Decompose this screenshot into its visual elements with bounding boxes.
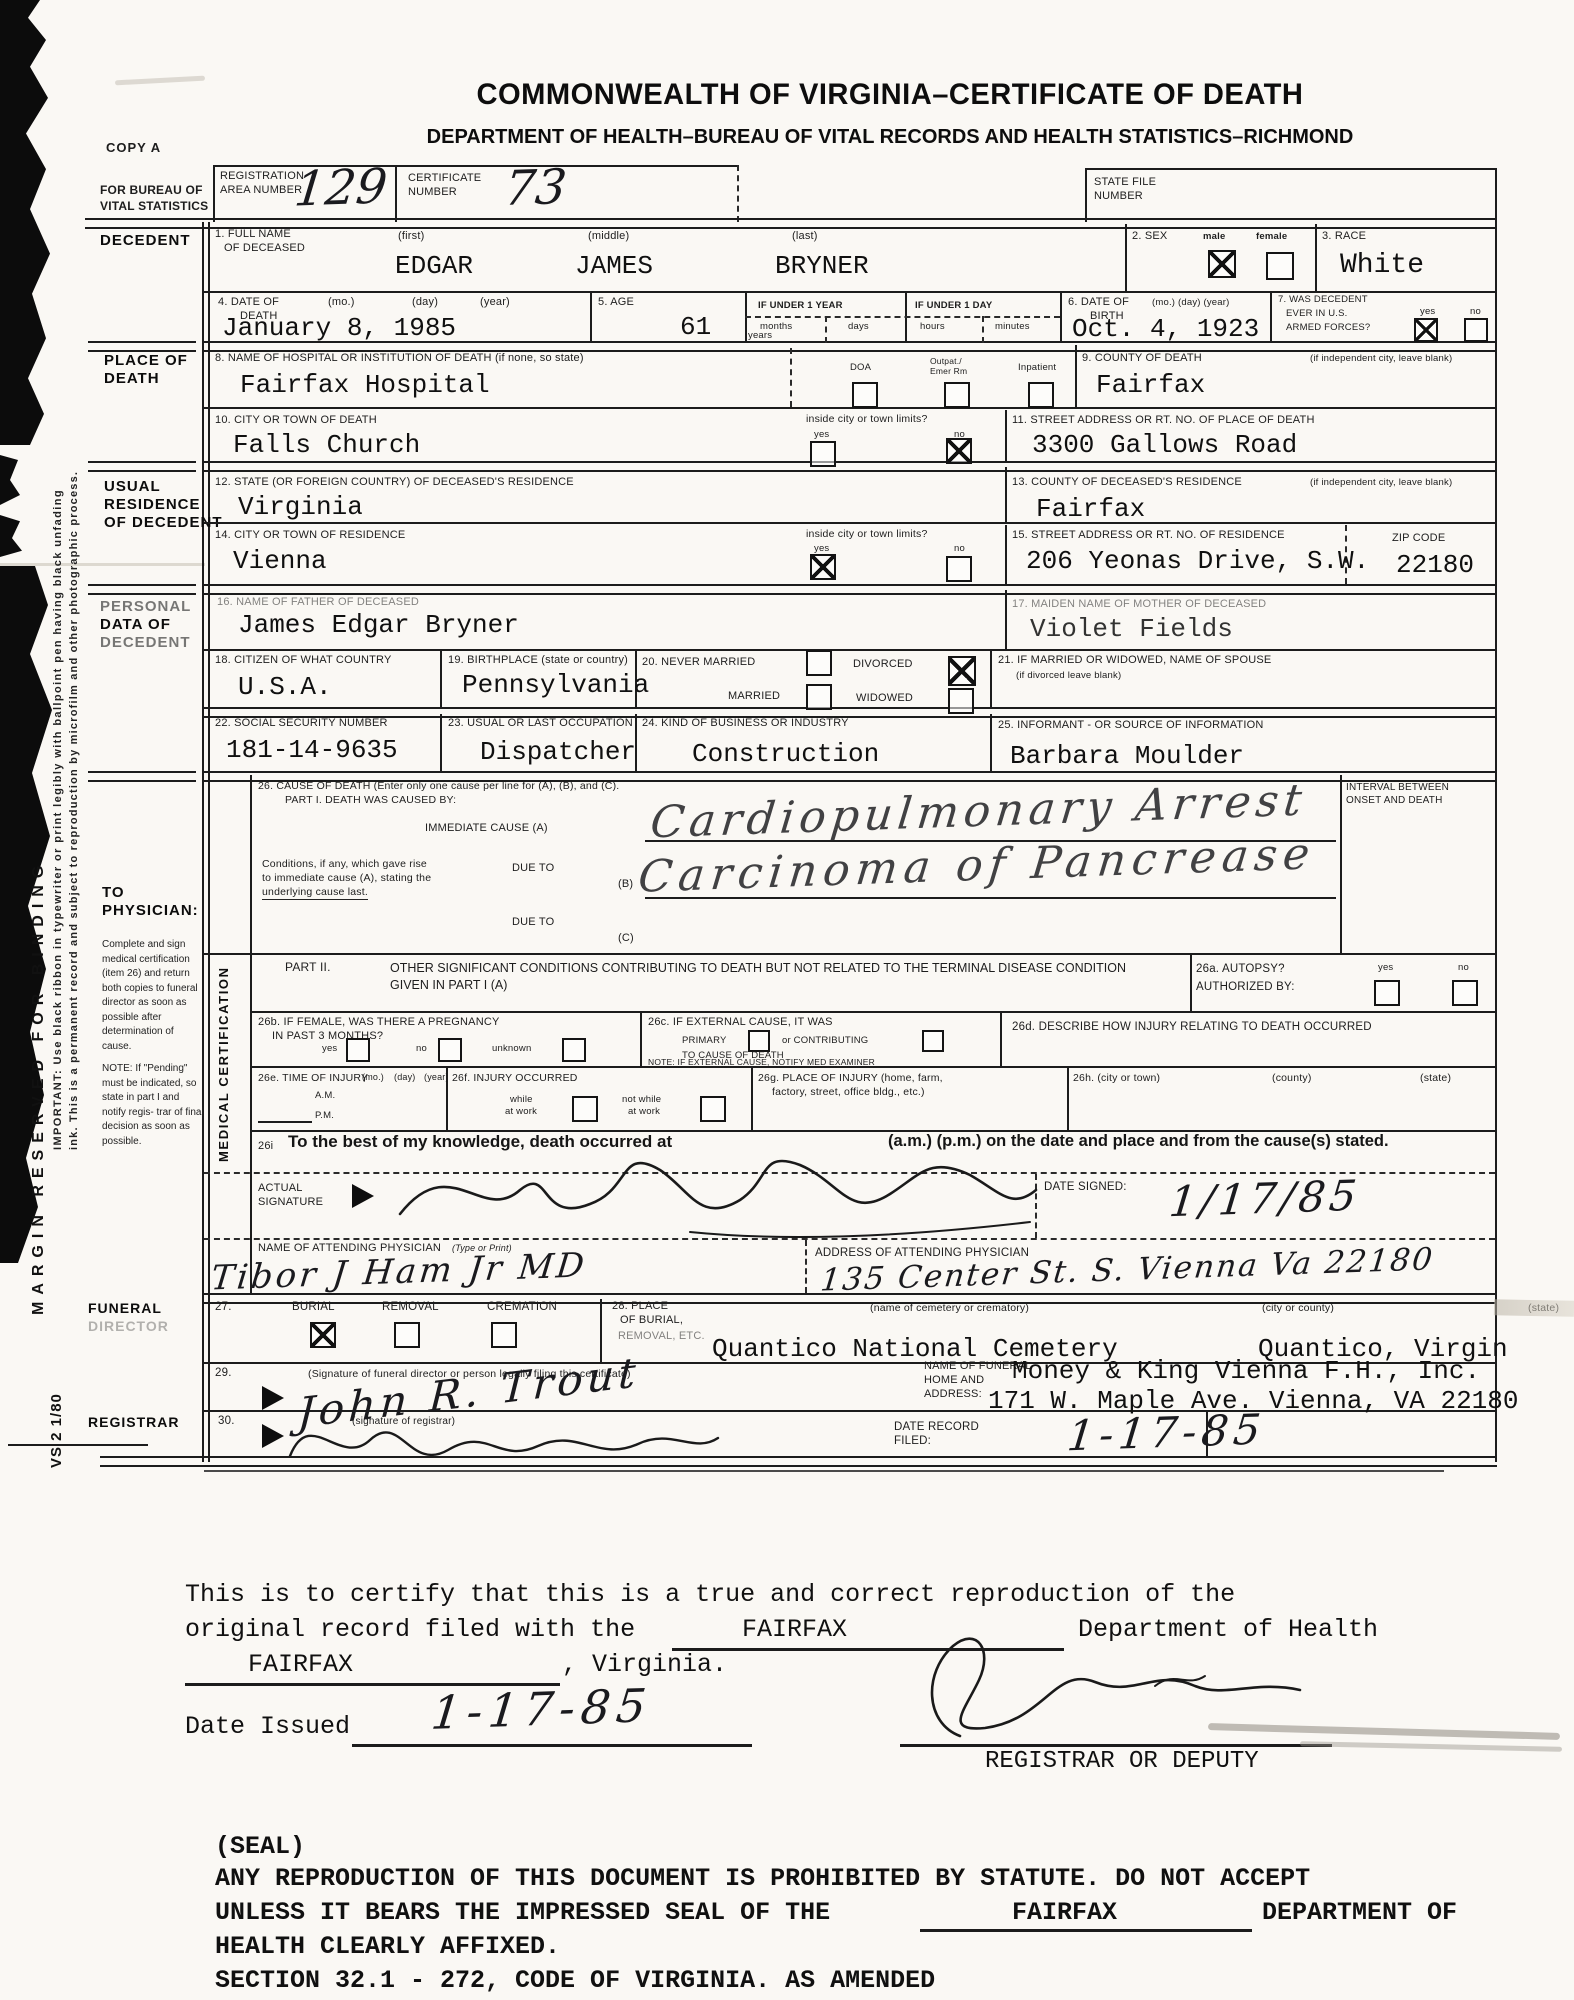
v-26a [1190, 955, 1192, 1011]
physician-signature-scrawl [390, 1132, 1040, 1238]
field6-label: 6. DATE OF [1068, 296, 1129, 310]
field7-label-2: EVER IN U.S. [1286, 308, 1348, 320]
field21-hint: (if divorced leave blank) [1016, 670, 1121, 682]
scan-smudge-top [115, 76, 205, 86]
field15-zip-label: ZIP CODE [1392, 532, 1445, 546]
field27-removal-label: REMOVAL [382, 1300, 439, 1314]
section-funeral-2: DIRECTOR [88, 1318, 169, 1335]
field26g-label-1: 26g. PLACE OF INJURY (home, farm, [758, 1072, 943, 1085]
v-r8-a [440, 651, 442, 709]
reg-box-left-line [213, 165, 215, 222]
margin-binding-note: MARGIN RESERVED FOR BINDING [30, 859, 48, 1315]
field5-minutes-label: minutes [995, 321, 1030, 333]
field8-inpatient-label: Inpatient [1018, 362, 1056, 374]
field10-no-checkbox [946, 438, 972, 464]
field26a-yes-checkbox [1374, 980, 1400, 1006]
field26-part1: PART I. DEATH WAS CAUSED BY: [285, 794, 456, 807]
field26c-label: 26c. IF EXTERNAL CAUSE, IT WAS [648, 1016, 833, 1030]
field19-value: Pennsylvania [462, 670, 649, 700]
frame-right [1495, 168, 1497, 1462]
field9-label: 9. COUNTY OF DEATH [1082, 352, 1202, 366]
field3-value: White [1340, 250, 1424, 281]
v-r5 [1005, 467, 1007, 522]
field26h-state-label: (state) [1420, 1072, 1451, 1085]
field26b-yes-label: yes [322, 1043, 337, 1055]
scan-streak-right [1494, 1299, 1574, 1316]
field23-value: Dispatcher [480, 737, 636, 767]
field26b-unknown-checkbox [562, 1038, 586, 1062]
field1-label2: OF DECEASED [224, 242, 305, 256]
field7-no-checkbox [1464, 318, 1488, 342]
v-r4 [1005, 410, 1007, 461]
field1-middle-hint: (middle) [588, 230, 629, 244]
field26g-label-2: factory, street, office bldg., etc.) [772, 1086, 925, 1099]
v-r8-c [990, 651, 992, 709]
field20-married-checkbox [806, 684, 832, 710]
field24-value: Construction [692, 739, 879, 769]
deputy-signature-underline [900, 1744, 1332, 1747]
field17-label: 17. MAIDEN NAME OF MOTHER OF DECEASED [1012, 598, 1266, 612]
field28-label-3: REMOVAL, ETC. [618, 1330, 705, 1344]
field7-label-3: ARMED FORCES? [1286, 322, 1370, 334]
field26-interval-2: ONSET AND DEATH [1346, 795, 1443, 808]
field8-label: 8. NAME OF HOSPITAL OR INSTITUTION OF DE… [215, 352, 584, 366]
field22-label: 22. SOCIAL SECURITY NUMBER [215, 717, 388, 731]
field5-under1day-label: IF UNDER 1 DAY [915, 300, 992, 312]
field10-yes-label: yes [814, 429, 829, 441]
physician-note-2: NOTE: If "Pending" must be indicated, so… [102, 1062, 204, 1149]
field26b-yes-checkbox [346, 1038, 370, 1062]
field18-label: 18. CITIZEN OF WHAT COUNTRY [215, 654, 392, 668]
rule-r10 [204, 953, 1495, 955]
field10-value: Falls Church [233, 430, 420, 460]
registrar-or-deputy-label: REGISTRAR OR DEPUTY [985, 1748, 1259, 1775]
field16-label: 16. NAME OF FATHER OF DECEASED [217, 596, 419, 610]
funeral-home-label-2: HOME AND [924, 1374, 984, 1388]
section-to-physician-1: TO [102, 884, 125, 902]
certify-line-3-fill: FAIRFAX [248, 1650, 353, 1679]
registration-area-value: 129 [292, 158, 390, 217]
rule-r6 [204, 584, 1495, 595]
field13-hint: (if independent city, leave blank) [1310, 477, 1452, 489]
certify-line-3b: , Virginia. [562, 1650, 727, 1679]
field30-number: 30. [218, 1414, 235, 1428]
scan-smudge-bottom-2 [1300, 1741, 1562, 1751]
physician-note: Complete and sign medical certification … [102, 938, 202, 1054]
date-record-filed-label-1: DATE RECORD [894, 1420, 979, 1434]
field26f-notwhile-2: at work [628, 1106, 660, 1118]
field27-cremation-checkbox [491, 1322, 517, 1348]
v-r7 [1005, 590, 1007, 649]
field26b-no-checkbox [438, 1038, 462, 1062]
field7-no-label: no [1470, 306, 1481, 318]
field26e-day-hint: (day) [394, 1072, 416, 1083]
field5-under1yr-label: IF UNDER 1 YEAR [758, 300, 843, 312]
leftcol-rule-1 [88, 341, 196, 352]
certificate-number-label-2: NUMBER [408, 186, 457, 200]
field9-hint: (if independent city, leave blank) [1310, 353, 1452, 365]
v-r3-dash [790, 348, 792, 407]
date-issued-underline [352, 1744, 752, 1747]
v-r9-a [440, 714, 442, 771]
field6-value: Oct. 4, 1923 [1072, 314, 1259, 344]
rule-r11 [250, 1011, 1495, 1013]
v-26b [640, 1013, 642, 1066]
v-sex-race [1315, 224, 1317, 291]
field26b-label-1: 26b. IF FEMALE, WAS THERE A PREGNANCY [258, 1016, 500, 1030]
field9-value: Fairfax [1096, 370, 1205, 400]
field26b-unknown-label: unknown [492, 1043, 531, 1055]
fold-crease [0, 563, 205, 566]
field26b-no-label: no [416, 1043, 427, 1055]
field5-label: 5. AGE [598, 296, 634, 310]
field15-zip-value: 22180 [1396, 550, 1474, 580]
field26h-county-label: (county) [1272, 1072, 1312, 1085]
field12-label: 12. STATE (OR FOREIGN COUNTRY) OF DECEAS… [215, 476, 574, 490]
field10-limits-label: inside city or town limits? [806, 413, 928, 426]
margin-important-note-line2: ink. This is a permanent record and subj… [68, 471, 80, 1150]
field26f-while-2: at work [505, 1106, 537, 1118]
field26-part2-text: OTHER SIGNIFICANT CONDITIONS CONTRIBUTIN… [390, 960, 1160, 994]
date-signed-label: DATE SIGNED: [1044, 1180, 1127, 1194]
field29-arrow-icon [262, 1386, 284, 1410]
field26c-contrib-checkbox [922, 1030, 944, 1052]
leftcol-rule-4 [88, 771, 196, 782]
death-certificate-scan: MARGIN RESERVED FOR BINDING IMPORTANT: U… [0, 0, 1574, 2000]
field4-mo-hint: (mo.) [328, 296, 355, 310]
field26-b-label: (B) [618, 878, 633, 892]
leftcol-rule-5 [8, 1444, 148, 1446]
bureau-label-1: FOR BUREAU OF [100, 183, 203, 198]
field14-no-checkbox [946, 556, 972, 582]
state-file-label-2: NUMBER [1094, 190, 1143, 204]
registration-area-label-2: AREA NUMBER [220, 184, 302, 198]
v-26f [751, 1068, 753, 1130]
field8-value: Fairfax Hospital [240, 370, 490, 400]
field15-value: 206 Yeonas Drive, S.W. [1026, 546, 1369, 576]
certify-line-2a: original record filed with the [185, 1615, 635, 1644]
field5-days-label: days [848, 321, 869, 333]
medical-certification-section-label: MEDICAL CERTIFICATION [216, 966, 231, 1162]
v-r2-e-dash [982, 316, 984, 343]
field8-outpat-label-2: Emer Rm [930, 366, 967, 377]
section-usual-1: USUAL [104, 478, 161, 496]
field27-number: 27. [215, 1300, 232, 1314]
v-r2-f [1060, 293, 1062, 343]
rule-top [85, 218, 1497, 229]
field17-value: Violet Fields [1030, 614, 1233, 644]
field29-number: 29. [215, 1366, 232, 1380]
legal-line-2a: UNLESS IT BEARS THE IMPRESSED SEAL OF TH… [215, 1898, 830, 1927]
v-physician-dash [805, 1240, 807, 1293]
rule-r15-dashed [204, 1238, 1495, 1240]
field20-divorced-checkbox [948, 656, 976, 686]
legal-line-2-fill: FAIRFAX [1012, 1898, 1117, 1927]
v-r9-c [990, 714, 992, 771]
torn-binding-fragment2 [0, 515, 26, 557]
rule-r5 [204, 522, 1495, 524]
form-code: VS 2 1/80 [48, 1393, 65, 1468]
actual-signature-label-2: SIGNATURE [258, 1196, 323, 1210]
field26i-number: 26i [258, 1140, 273, 1154]
date-issued-label: Date Issued [185, 1712, 350, 1741]
field20-never-label: 20. NEVER MARRIED [642, 656, 755, 670]
field14-value: Vienna [233, 546, 327, 576]
field21-label: 21. IF MARRIED OR WIDOWED, NAME OF SPOUS… [998, 654, 1271, 668]
date-record-filed-value: 1-17-85 [1065, 1405, 1268, 1461]
field26c-contrib-label: or CONTRIBUTING [782, 1035, 868, 1047]
field4-value: January 8, 1985 [222, 313, 456, 343]
field4-label: 4. DATE OF [218, 296, 279, 310]
field28-label-1: 28. PLACE [612, 1300, 668, 1314]
field20-divorced-label: DIVORCED [853, 658, 913, 672]
cert-box-right-dashed [737, 165, 739, 222]
field2-male-label: male [1203, 231, 1225, 243]
field26e-mo-hint: (mo.) [362, 1072, 384, 1083]
v-r3 [1075, 345, 1077, 407]
field26h-city-label: 26h. (city or town) [1073, 1072, 1160, 1085]
field4-year-hint: (year) [480, 296, 510, 310]
v-medcert-strip [250, 775, 252, 1293]
field4-day-hint: (day) [412, 296, 438, 310]
field10-label: 10. CITY OR TOWN OF DEATH [215, 414, 377, 428]
field26e-label: 26e. TIME OF INJURY [258, 1072, 368, 1085]
field26-dueto-c-label: DUE TO [512, 916, 554, 930]
actual-signature-arrow-icon [352, 1184, 374, 1208]
deputy-signature-scrawl [905, 1628, 1330, 1740]
v-interval-box [1340, 775, 1342, 953]
rule-r3 [204, 407, 1495, 409]
field14-label: 14. CITY OR TOWN OF RESIDENCE [215, 529, 405, 543]
field2-male-checkbox [1208, 250, 1236, 278]
field28-cemetery-hint: (name of cemetery or crematory) [870, 1302, 1029, 1315]
date-record-filed-label-2: FILED: [894, 1434, 931, 1448]
v-r6 [1005, 525, 1007, 584]
seal-label: (SEAL) [215, 1832, 305, 1861]
field26c-primary-label: PRIMARY [682, 1035, 727, 1047]
field26-c-label: (C) [618, 932, 634, 946]
field26-part2-label: PART II. [285, 960, 331, 975]
legal-line-2-underline [920, 1929, 1252, 1932]
field1-last-hint: (last) [792, 230, 818, 244]
field8-doa-checkbox [852, 382, 878, 408]
reg-box-top-line [213, 165, 737, 167]
v-r2-g [1270, 293, 1272, 343]
field26a-label-2: AUTHORIZED BY: [1196, 980, 1295, 994]
field16-value: James Edgar Bryner [238, 610, 519, 640]
field23-label: 23. USUAL OR LAST OCCUPATION [448, 717, 633, 731]
field26-label: 26. CAUSE OF DEATH (Enter only one cause… [258, 780, 619, 793]
field20-never-checkbox [806, 650, 832, 676]
v-r2-a [590, 293, 592, 343]
field26f-notwhile-1: not while [622, 1094, 661, 1106]
funeral-home-label-3: ADDRESS: [924, 1388, 982, 1402]
field20-widowed-label: WIDOWED [856, 692, 913, 706]
section-personal-1: PERSONAL [100, 598, 191, 616]
field26a-label-1: 26a. AUTOPSY? [1196, 962, 1285, 976]
field13-label: 13. COUNTY OF DECEASED'S RESIDENCE [1012, 476, 1242, 490]
field1-first-hint: (first) [398, 230, 424, 244]
field13-value: Fairfax [1036, 494, 1145, 524]
field26c-note: NOTE: IF EXTERNAL CAUSE, NOTIFY MED EXAM… [648, 1057, 875, 1068]
field8-outpat-checkbox [944, 382, 970, 408]
field14-limits-label: inside city or town limits? [806, 528, 928, 541]
state-file-label-1: STATE FILE [1094, 176, 1156, 190]
legal-line-3: HEALTH CLEARLY AFFIXED. [215, 1932, 560, 1961]
field27-removal-checkbox [394, 1322, 420, 1348]
copy-label: COPY A [106, 140, 161, 156]
statefile-box-top-line [1085, 168, 1497, 170]
bureau-label-2: VITAL STATISTICS [100, 199, 208, 214]
registration-area-label-1: REGISTRATION [220, 170, 304, 184]
field2-label: 2. SEX [1132, 230, 1167, 244]
v-r2-b [745, 293, 747, 343]
section-to-physician-2: PHYSICIAN: [102, 902, 199, 920]
statefile-box-left-line [1085, 168, 1087, 222]
field26f-while-1: while [510, 1094, 533, 1106]
field10-yes-checkbox [810, 441, 836, 467]
field20-married-label: MARRIED [728, 690, 780, 704]
section-place-2: DEATH [104, 370, 160, 388]
field26e-blank-line [258, 1121, 312, 1123]
field27-burial-checkbox [310, 1322, 336, 1348]
field8-inpatient-checkbox [1028, 382, 1054, 408]
field26-cond-1: Conditions, if any, which gave rise [262, 858, 427, 871]
section-registrar: REGISTRAR [88, 1414, 179, 1431]
field11-label: 11. STREET ADDRESS OR RT. NO. OF PLACE O… [1012, 414, 1315, 428]
certificate-number-label-1: CERTIFICATE [408, 172, 481, 186]
certify-line-2-fill: FAIRFAX [742, 1615, 847, 1644]
date-signed-value: 1/17/85 [1167, 1171, 1363, 1227]
field26a-no-checkbox [1452, 980, 1478, 1006]
field26f-label: 26f. INJURY OCCURRED [452, 1072, 578, 1085]
field26c-primary-checkbox [748, 1030, 770, 1052]
field26f-notwhile-checkbox [700, 1096, 726, 1122]
field14-yes-checkbox [810, 554, 836, 580]
section-funeral-1: FUNERAL [88, 1300, 162, 1317]
field7-yes-checkbox [1414, 318, 1438, 342]
field2-female-label: female [1256, 231, 1287, 243]
field27-burial-label: BURIAL [292, 1300, 335, 1314]
field28-city-hint: (city or county) [1262, 1302, 1334, 1315]
rule-r4 [204, 461, 1495, 472]
field26f-while-checkbox [572, 1096, 598, 1122]
section-place-1: PLACE OF [104, 352, 188, 370]
field1-last-value: BRYNER [775, 251, 869, 281]
field26e-pm-label: P.M. [315, 1110, 334, 1122]
page-title: COMMONWEALTH OF VIRGINIA–CERTIFICATE OF … [463, 78, 1317, 112]
field2-female-checkbox [1266, 252, 1294, 280]
registrar-signature-scrawl [282, 1398, 722, 1474]
leftcol-rule-3 [88, 584, 196, 595]
field7-yes-label: yes [1420, 306, 1435, 318]
field3-label: 3. RACE [1322, 230, 1366, 244]
field11-value: 3300 Gallows Road [1032, 430, 1297, 460]
field5-hours-label: hours [920, 321, 945, 333]
field7-label-1: 7. WAS DECEDENT [1278, 294, 1368, 306]
v-name-sex [1125, 224, 1127, 291]
legal-line-4: SECTION 32.1 - 272, CODE OF VIRGINIA. AS… [215, 1966, 935, 1995]
v-r2-c-dash [825, 316, 827, 343]
funeral-home-name: Money & King Vienna F.H., Inc. [1012, 1356, 1480, 1386]
field22-value: 181-14-9635 [226, 735, 398, 765]
rule-r8 [204, 707, 1495, 718]
field5-months-label: months [760, 321, 792, 333]
rule-r1 [204, 291, 1495, 293]
v-26c [1000, 1013, 1002, 1066]
torn-binding-fragment [0, 455, 24, 505]
field25-label: 25. INFORMANT - OR SOURCE OF INFORMATION [998, 719, 1264, 733]
legal-line-2b: DEPARTMENT OF [1262, 1898, 1457, 1927]
field28-label-2: OF BURIAL, [620, 1314, 683, 1328]
field26d-label: 26d. DESCRIBE HOW INJURY RELATING TO DEA… [1012, 1020, 1372, 1034]
date-issued-value: 1-17-85 [429, 1678, 655, 1740]
field26-cond-3: underlying cause last. [262, 886, 368, 900]
reg-cert-divider [395, 165, 397, 222]
field20-widowed-checkbox [948, 688, 974, 714]
field1-first-value: EDGAR [395, 251, 473, 281]
field18-value: U.S.A. [238, 672, 332, 702]
field26e-yr-hint: (year) [424, 1072, 449, 1083]
field26a-no-label: no [1458, 962, 1469, 974]
section-usual-2: RESIDENCE [104, 496, 201, 514]
field26a-yes-label: yes [1378, 962, 1393, 974]
field5-value: 61 [680, 312, 711, 342]
field8-doa-label: DOA [850, 362, 871, 374]
field12-value: Virginia [238, 492, 363, 522]
field19-label: 19. BIRTHPLACE (state or country) [448, 654, 628, 668]
field15-label: 15. STREET ADDRESS OR RT. NO. OF RESIDEN… [1012, 529, 1285, 543]
section-personal-3: DECEDENT [100, 634, 191, 652]
legal-line-1: ANY REPRODUCTION OF THIS DOCUMENT IS PRO… [215, 1864, 1310, 1893]
v-r2-d [905, 293, 907, 343]
certify-line-1: This is to certify that this is a true a… [185, 1580, 1235, 1609]
field24-label: 24. KIND OF BUSINESS OR INDUSTRY [642, 717, 849, 731]
field14-no-label: no [954, 543, 965, 555]
margin-important-note-line1: IMPORTANT: Use black ribbon in typewrite… [52, 489, 64, 1150]
rule-r7 [204, 649, 1495, 651]
section-personal-2: DATA OF [100, 616, 171, 634]
field26-immediate-label: IMMEDIATE CAUSE (A) [425, 822, 548, 836]
field1-label: 1. FULL NAME [215, 228, 291, 242]
field26-cond-2: to immediate cause (A), stating the [262, 872, 431, 885]
torn-binding-edge-bottom [0, 563, 58, 1263]
field1-middle-value: JAMES [575, 251, 653, 281]
page-subtitle: DEPARTMENT OF HEALTH–BUREAU OF VITAL REC… [380, 126, 1400, 149]
field27-cremation-label: CREMATION [487, 1300, 557, 1314]
field25-value: Barbara Moulder [1010, 741, 1244, 771]
field6-hint: (mo.) (day) (year) [1152, 297, 1230, 309]
field26-interval-1: INTERVAL BETWEEN [1346, 782, 1449, 795]
actual-signature-label-1: ACTUAL [258, 1182, 303, 1196]
field26e-am-label: A.M. [315, 1090, 335, 1102]
section-decedent: DECEDENT [100, 232, 191, 250]
certificate-number-value: 73 [502, 159, 569, 217]
torn-binding-edge-top [0, 0, 52, 445]
field30-arrow-icon [262, 1424, 284, 1448]
v-26g [1067, 1068, 1069, 1130]
leftcol-rule-2 [88, 461, 196, 472]
field26-dueto-b-label: DUE TO [512, 862, 554, 876]
h-under1-dash [745, 316, 1060, 318]
